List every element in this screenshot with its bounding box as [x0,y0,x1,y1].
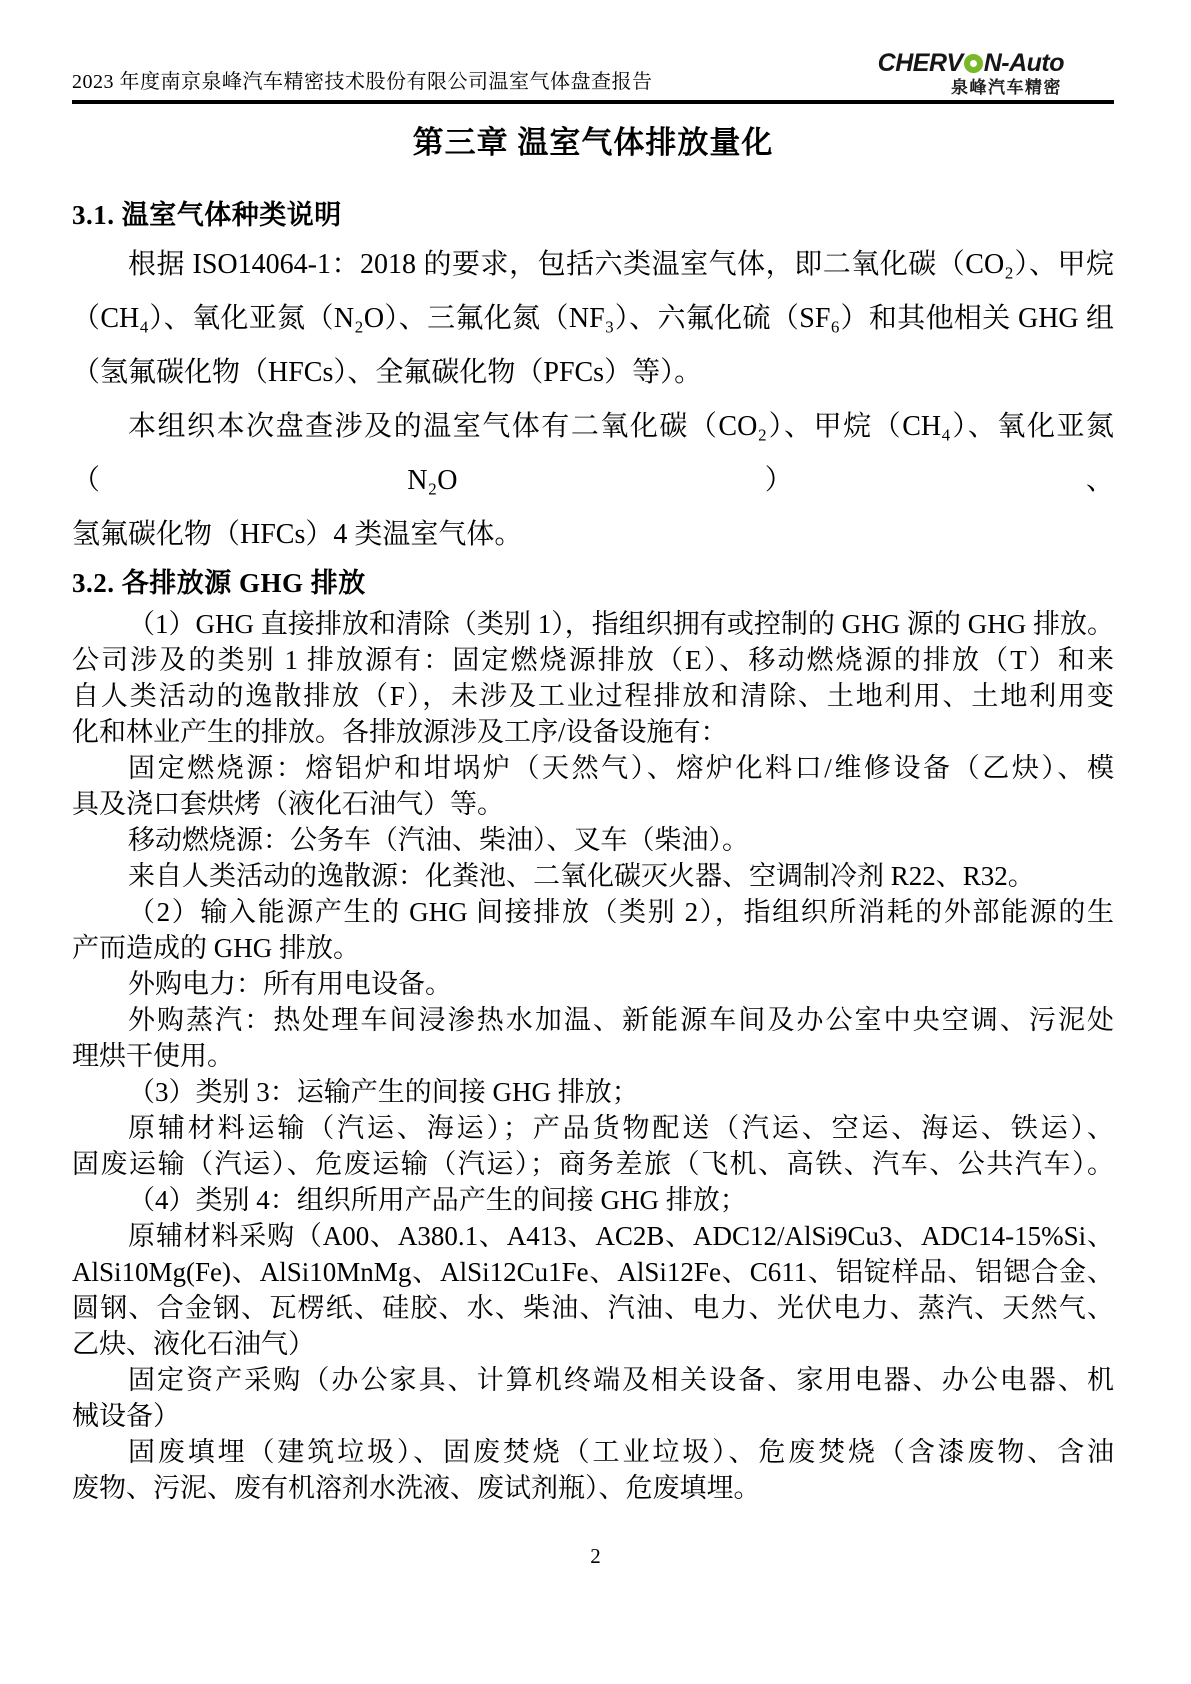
paragraph-line: 废物、污泥、废有机溶剂水洗液、废试剂瓶）、危废填埋。 [72,1470,1114,1506]
paragraph-line: AlSi10Mg(Fe)、AlSi10MnMg、AlSi12Cu1Fe、AlSi… [72,1254,1114,1290]
logo-subtitle: 泉峰汽车精密 [951,77,1064,99]
paragraph-line: （CH₄）、氧化亚氮（N₂O）、三氟化氮（NF₃）、六氟化硫（SF₆）和其他相关… [72,292,1114,346]
paragraph-line: 移动燃烧源：公务车（汽油、柴油）、叉车（柴油）。 [72,822,1114,858]
section-3-2-heading: 3.2. 各排放源 GHG 排放 [72,564,1114,602]
logo-text-left: CHERV [878,49,963,77]
paragraph-line: 本组织本次盘查涉及的温室气体有二氧化碳（CO₂）、甲烷（CH₄）、氧化亚氮（N₂… [72,400,1114,508]
paragraph-line: 固废填埋（建筑垃圾）、固废焚烧（工业垃圾）、危废焚烧（含漆废物、含油 [72,1434,1114,1470]
paragraph-line: （4）类别 4：组织所用产品产生的间接 GHG 排放； [72,1182,1114,1218]
company-logo: CHERV N-Auto 泉峰汽车精密 [878,49,1064,99]
section-3-1-heading: 3.1. 温室气体种类说明 [72,196,1114,234]
paragraph-line: 圆钢、合金钢、瓦楞纸、硅胶、水、柴油、汽油、电力、光伏电力、蒸汽、天然气、 [72,1290,1114,1326]
document-page: 2023 年度南京泉峰汽车精密技术股份有限公司温室气体盘查报告 CHERV N-… [0,0,1191,1684]
chapter-title: 第三章 温室气体排放量化 [72,120,1114,166]
paragraph-line: 原辅材料运输（汽运、海运）；产品货物配送（汽运、空运、海运、铁运）、 [72,1110,1114,1146]
paragraph-line: 械设备） [72,1398,1114,1434]
section-3-1-body: 根据 ISO14064-1：2018 的要求，包括六类温室气体，即二氧化碳（CO… [72,238,1114,562]
paragraph-line: 公司涉及的类别 1 排放源有：固定燃烧源排放（E）、移动燃烧源的排放（T）和来 [72,642,1114,678]
section-3-2-body: （1）GHG 直接排放和清除（类别 1），指组织拥有或控制的 GHG 源的 GH… [72,606,1114,1506]
paragraph-line: 自人类活动的逸散排放（F），未涉及工业过程排放和清除、土地利用、土地利用变 [72,678,1114,714]
header-divider [72,100,1114,104]
paragraph-line: （氢氟碳化物（HFCs）、全氟碳化物（PFCs）等）。 [72,346,1114,400]
paragraph-line: （3）类别 3：运输产生的间接 GHG 排放； [72,1074,1114,1110]
page-number: 2 [0,1542,1191,1570]
logo-o-ring-icon [964,54,983,73]
header-report-title: 2023 年度南京泉峰汽车精密技术股份有限公司温室气体盘查报告 [72,69,653,95]
paragraph-line: （1）GHG 直接排放和清除（类别 1），指组织拥有或控制的 GHG 源的 GH… [72,606,1114,642]
paragraph-line: （2）输入能源产生的 GHG 间接排放（类别 2），指组织所消耗的外部能源的生 [72,894,1114,930]
logo-text-right: N-Auto [984,49,1064,77]
paragraph-line: 理烘干使用。 [72,1038,1114,1074]
paragraph-line: 化和林业产生的排放。各排放源涉及工序/设备设施有： [72,714,1114,750]
paragraph-line: 乙炔、液化石油气） [72,1326,1114,1362]
paragraph-line: 固废运输（汽运）、危废运输（汽运）；商务差旅（飞机、高铁、汽车、公共汽车）。 [72,1146,1114,1182]
paragraph-line: 外购蒸汽：热处理车间浸渗热水加温、新能源车间及办公室中央空调、污泥处 [72,1002,1114,1038]
paragraph-line: 产而造成的 GHG 排放。 [72,930,1114,966]
logo-wordmark: CHERV N-Auto [878,49,1064,77]
paragraph-line: 外购电力：所有用电设备。 [72,966,1114,1002]
paragraph-line: 氢氟碳化物（HFCs）4 类温室气体。 [72,508,1114,562]
paragraph-line: 具及浇口套烘烤（液化石油气）等。 [72,786,1114,822]
page-header: 2023 年度南京泉峰汽车精密技术股份有限公司温室气体盘查报告 CHERV N-… [72,42,1114,99]
document-content: 第三章 温室气体排放量化 3.1. 温室气体种类说明 根据 ISO14064-1… [72,110,1114,1506]
paragraph-line: 固定资产采购（办公家具、计算机终端及相关设备、家用电器、办公电器、机 [72,1362,1114,1398]
paragraph-line: 来自人类活动的逸散源：化粪池、二氧化碳灭火器、空调制冷剂 R22、R32。 [72,858,1114,894]
paragraph-line: 固定燃烧源：熔铝炉和坩埚炉（天然气）、熔炉化料口/维修设备（乙炔）、模 [72,750,1114,786]
paragraph-line: 原辅材料采购（A00、A380.1、A413、AC2B、ADC12/AlSi9C… [72,1218,1114,1254]
paragraph-line: 根据 ISO14064-1：2018 的要求，包括六类温室气体，即二氧化碳（CO… [72,238,1114,292]
